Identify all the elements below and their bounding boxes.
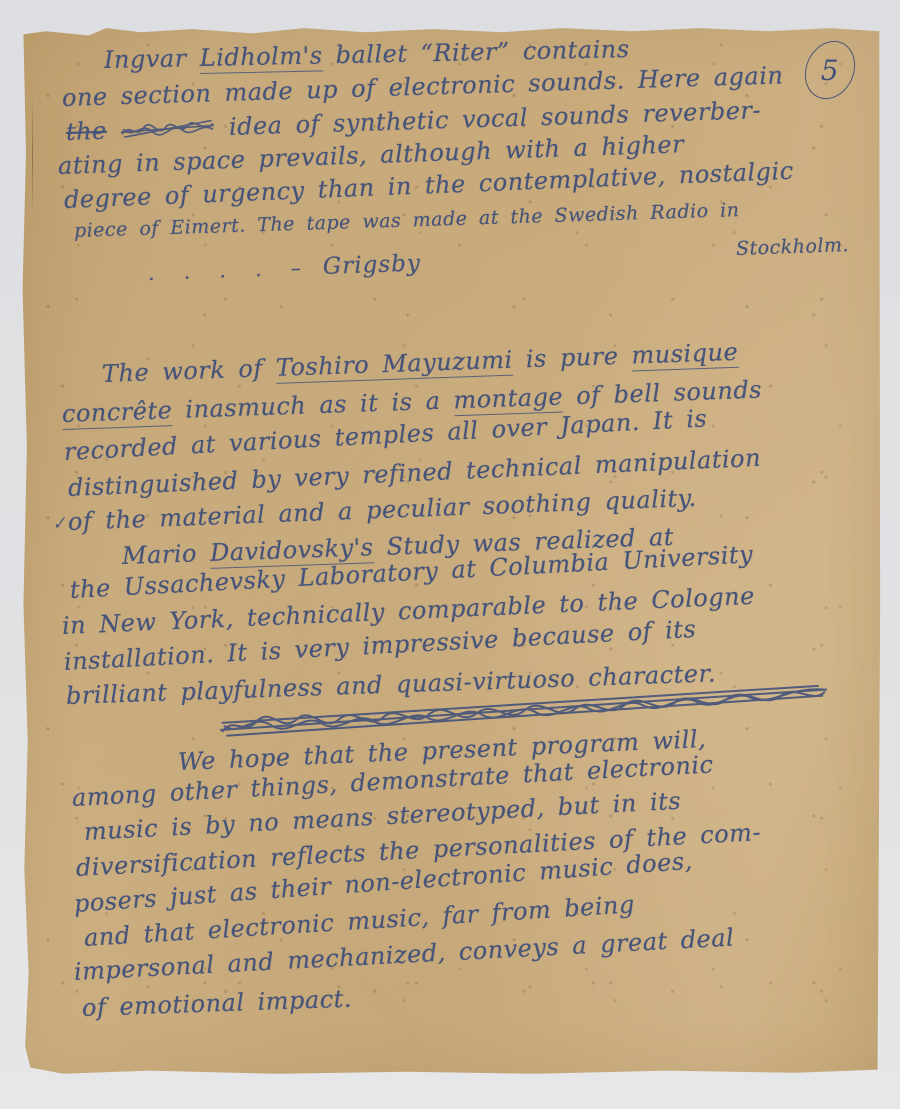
signature: Grigsby <box>322 250 421 279</box>
scribbled-out-word <box>119 115 216 148</box>
struck-word: the <box>65 117 107 146</box>
underlined-word: musique <box>631 338 739 372</box>
paper-edge-crease <box>32 96 33 216</box>
margin-checkmark: ✓ <box>50 513 68 535</box>
underlined-word: Lidholm's <box>199 41 322 74</box>
underlined-word: montage <box>453 383 564 417</box>
page-number: 5 <box>821 53 839 86</box>
handwritten-line: Stockholm. <box>736 234 850 260</box>
signature-line: . . . . – Grigsby <box>148 248 422 286</box>
underlined-word: concrête <box>62 396 173 430</box>
scan-background: { "page_number": "5", "ms": { "p1": { "l… <box>0 0 900 1109</box>
underlined-word: Toshiro Mayuzumi <box>275 346 513 384</box>
handwritten-line: of emotional impact. <box>82 985 353 1022</box>
page-number-circle: 5 <box>796 33 864 107</box>
manuscript-page: 5 Ingvar Lidholm's ballet “Riter” contai… <box>20 26 881 1078</box>
